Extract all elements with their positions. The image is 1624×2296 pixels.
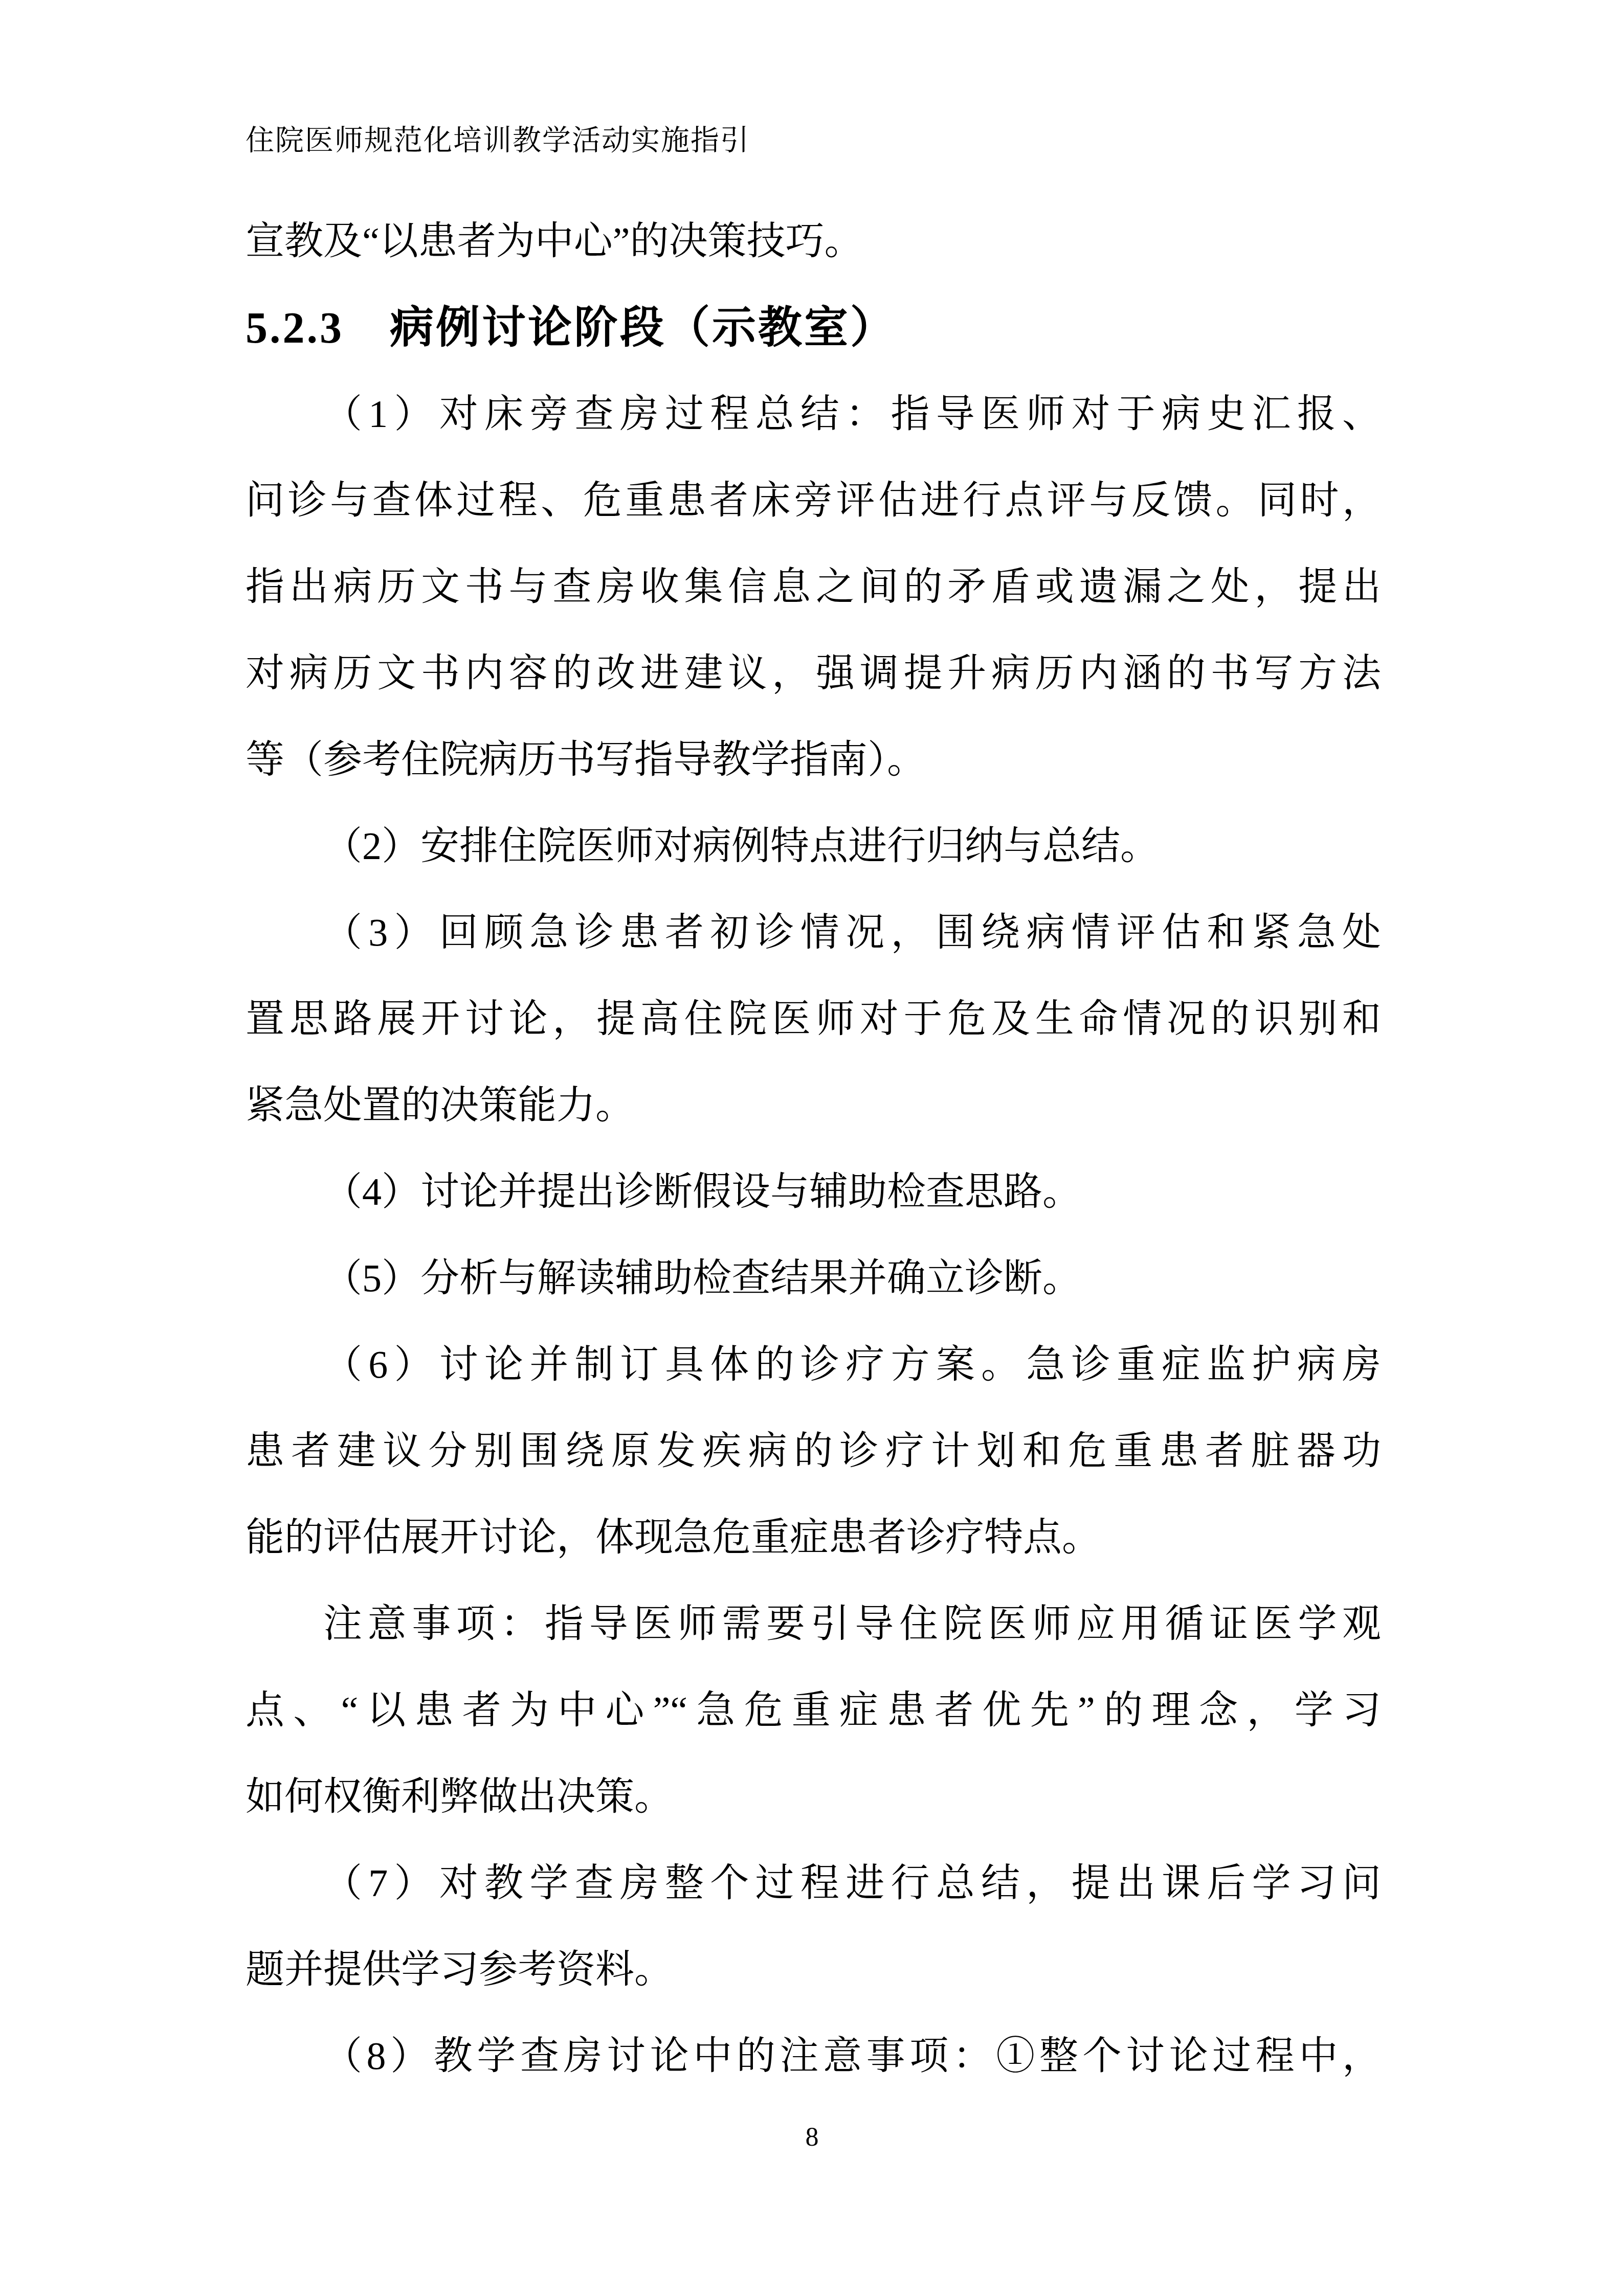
text-line: 注意事项：指导医师需要引导住院医师应用循证医学观 xyxy=(246,1581,1381,1668)
text-line: （5）分析与解读辅助检查结果并确立诊断。 xyxy=(246,1235,1381,1322)
text-line: （1）对床旁查房过程总结：指导医师对于病史汇报、 xyxy=(246,371,1381,458)
text-line: （4）讨论并提出诊断假设与辅助检查思路。 xyxy=(246,1149,1381,1235)
text-line: 指出病历文书与查房收集信息之间的矛盾或遗漏之处，提出 xyxy=(246,544,1381,631)
text-line: 问诊与查体过程、危重患者床旁评估进行点评与反馈。同时， xyxy=(246,458,1381,544)
section-heading: 5.2.3 病例讨论阶段（示教室） xyxy=(246,285,1381,371)
text-line: 对病历文书内容的改进建议，强调提升病历内涵的书写方法 xyxy=(246,631,1381,717)
text-line: 点、“以患者为中心”“急危重症患者优先”的理念，学习 xyxy=(246,1668,1381,1754)
text-line: 紧急处置的决策能力。 xyxy=(246,1063,1381,1149)
text-line: （6）讨论并制订具体的诊疗方案。急诊重症监护病房 xyxy=(246,1322,1381,1408)
text-line: （8）教学查房讨论中的注意事项：①整个讨论过程中， xyxy=(246,2013,1381,2100)
document-page: 住院医师规范化培训教学活动实施指引 宣教及“以患者为中心”的决策技巧。5.2.3… xyxy=(0,0,1624,2296)
text-line: 等（参考住院病历书写指导教学指南）。 xyxy=(246,717,1381,803)
text-line: 患者建议分别围绕原发疾病的诊疗计划和危重患者脏器功 xyxy=(246,1408,1381,1495)
document-body: 宣教及“以患者为中心”的决策技巧。5.2.3 病例讨论阶段（示教室）（1）对床旁… xyxy=(246,198,1381,2100)
text-line: 题并提供学习参考资料。 xyxy=(246,1927,1381,2013)
page-number: 8 xyxy=(0,2122,1624,2152)
text-line: 能的评估展开讨论，体现急危重症患者诊疗特点。 xyxy=(246,1495,1381,1581)
text-line: 如何权衡利弊做出决策。 xyxy=(246,1754,1381,1840)
text-line: （2）安排住院医师对病例特点进行归纳与总结。 xyxy=(246,803,1381,890)
page-header: 住院医师规范化培训教学活动实施指引 xyxy=(246,124,750,158)
text-line: （3）回顾急诊患者初诊情况，围绕病情评估和紧急处 xyxy=(246,890,1381,976)
text-line: 宣教及“以患者为中心”的决策技巧。 xyxy=(246,198,1381,285)
text-line: 置思路展开讨论，提高住院医师对于危及生命情况的识别和 xyxy=(246,976,1381,1063)
text-line: （7）对教学查房整个过程进行总结，提出课后学习问 xyxy=(246,1840,1381,1927)
